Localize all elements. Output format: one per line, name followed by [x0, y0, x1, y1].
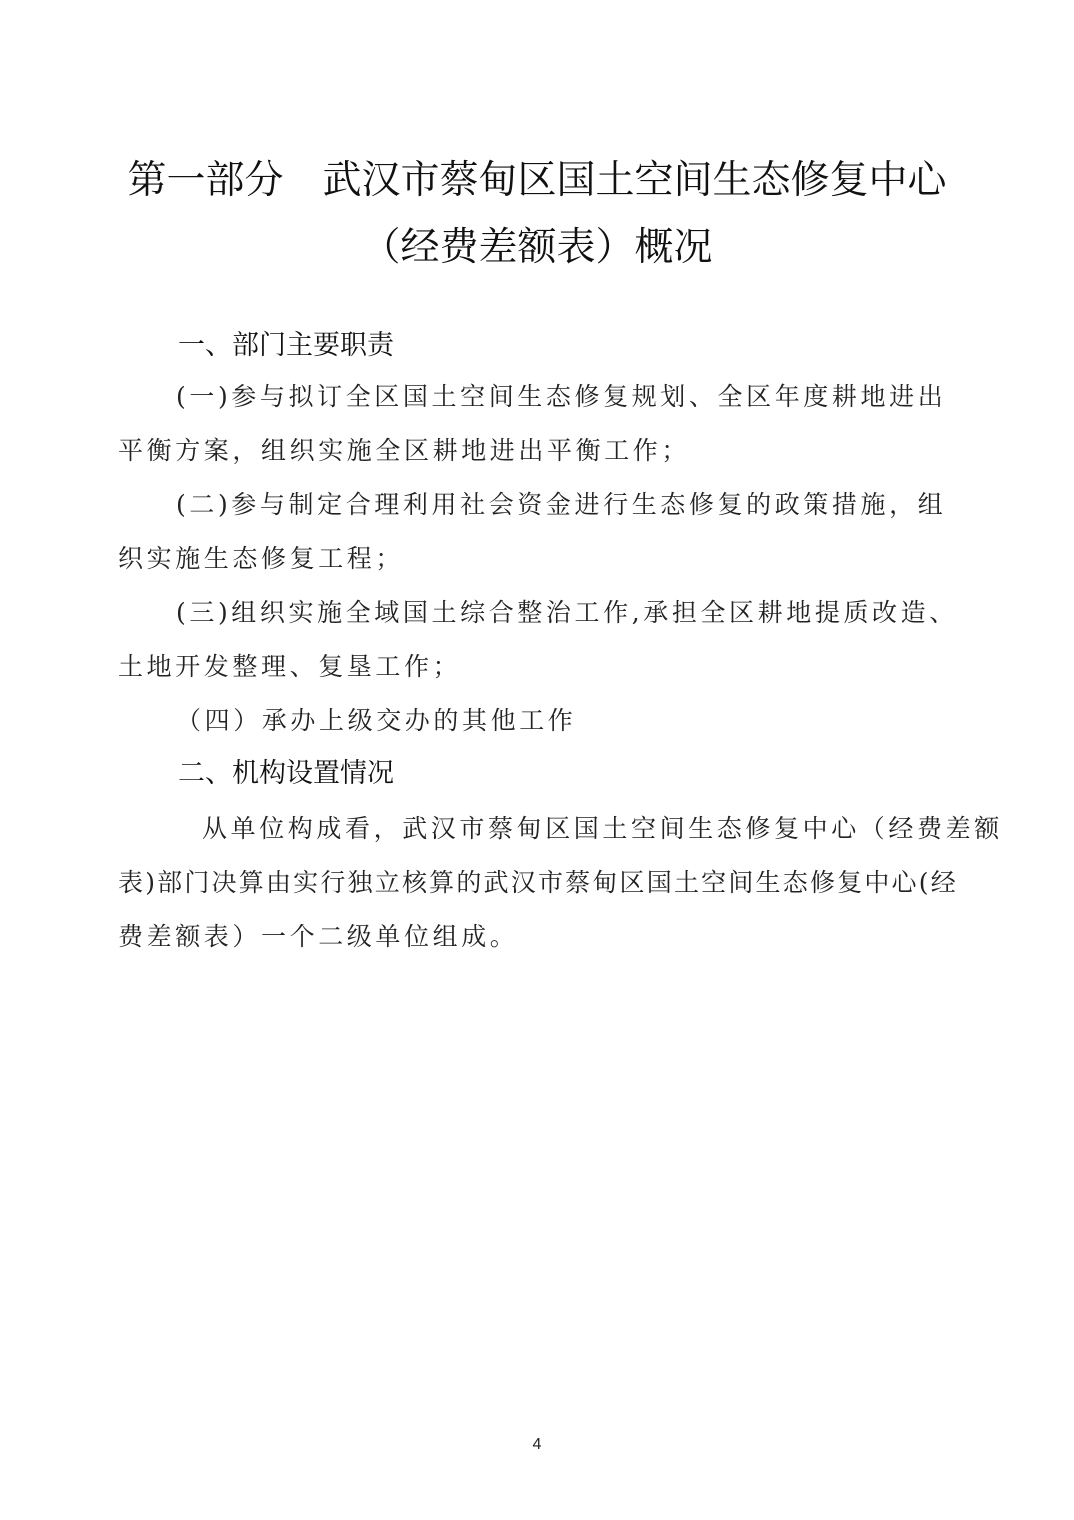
paragraph-line: (一)参与拟订全区国土空间生态修复规划、全区年度耕地进出 — [176, 382, 946, 412]
paragraph-line: 费差额表）一个二级单位组成。 — [118, 922, 518, 952]
paragraph-line: （四）承办上级交办的其他工作 — [176, 706, 576, 736]
page-number: 4 — [0, 1436, 1074, 1454]
paragraph-line: 织实施生态修复工程； — [118, 544, 404, 574]
document-page: 第一部分 武汉市蔡甸区国土空间生态修复中心 （经费差额表）概况 一、部门主要职责… — [0, 0, 1074, 1520]
paragraph-line: 平衡方案，组织实施全区耕地进出平衡工作； — [118, 436, 690, 466]
section-heading-responsibilities: 一、部门主要职责 — [178, 330, 394, 362]
paragraph-line: 土地开发整理、复垦工作； — [118, 652, 461, 682]
paragraph-line: (三)组织实施全域国土综合整治工作,承担全区耕地提质改造、 — [176, 598, 958, 628]
page-title-line-2: （经费差额表）概况 — [0, 226, 1074, 270]
paragraph-line: (二)参与制定合理利用社会资金进行生态修复的政策措施，组 — [176, 490, 946, 520]
paragraph-line: 从单位构成看，武汉市蔡甸区国土空间生态修复中心（经费差额 — [202, 814, 1003, 844]
section-heading-organization: 二、机构设置情况 — [178, 758, 394, 790]
paragraph-line: 表)部门决算由实行独立核算的武汉市蔡甸区国土空间生态修复中心(经 — [118, 868, 958, 898]
page-title-line-1: 第一部分 武汉市蔡甸区国土空间生态修复中心 — [0, 159, 1074, 203]
